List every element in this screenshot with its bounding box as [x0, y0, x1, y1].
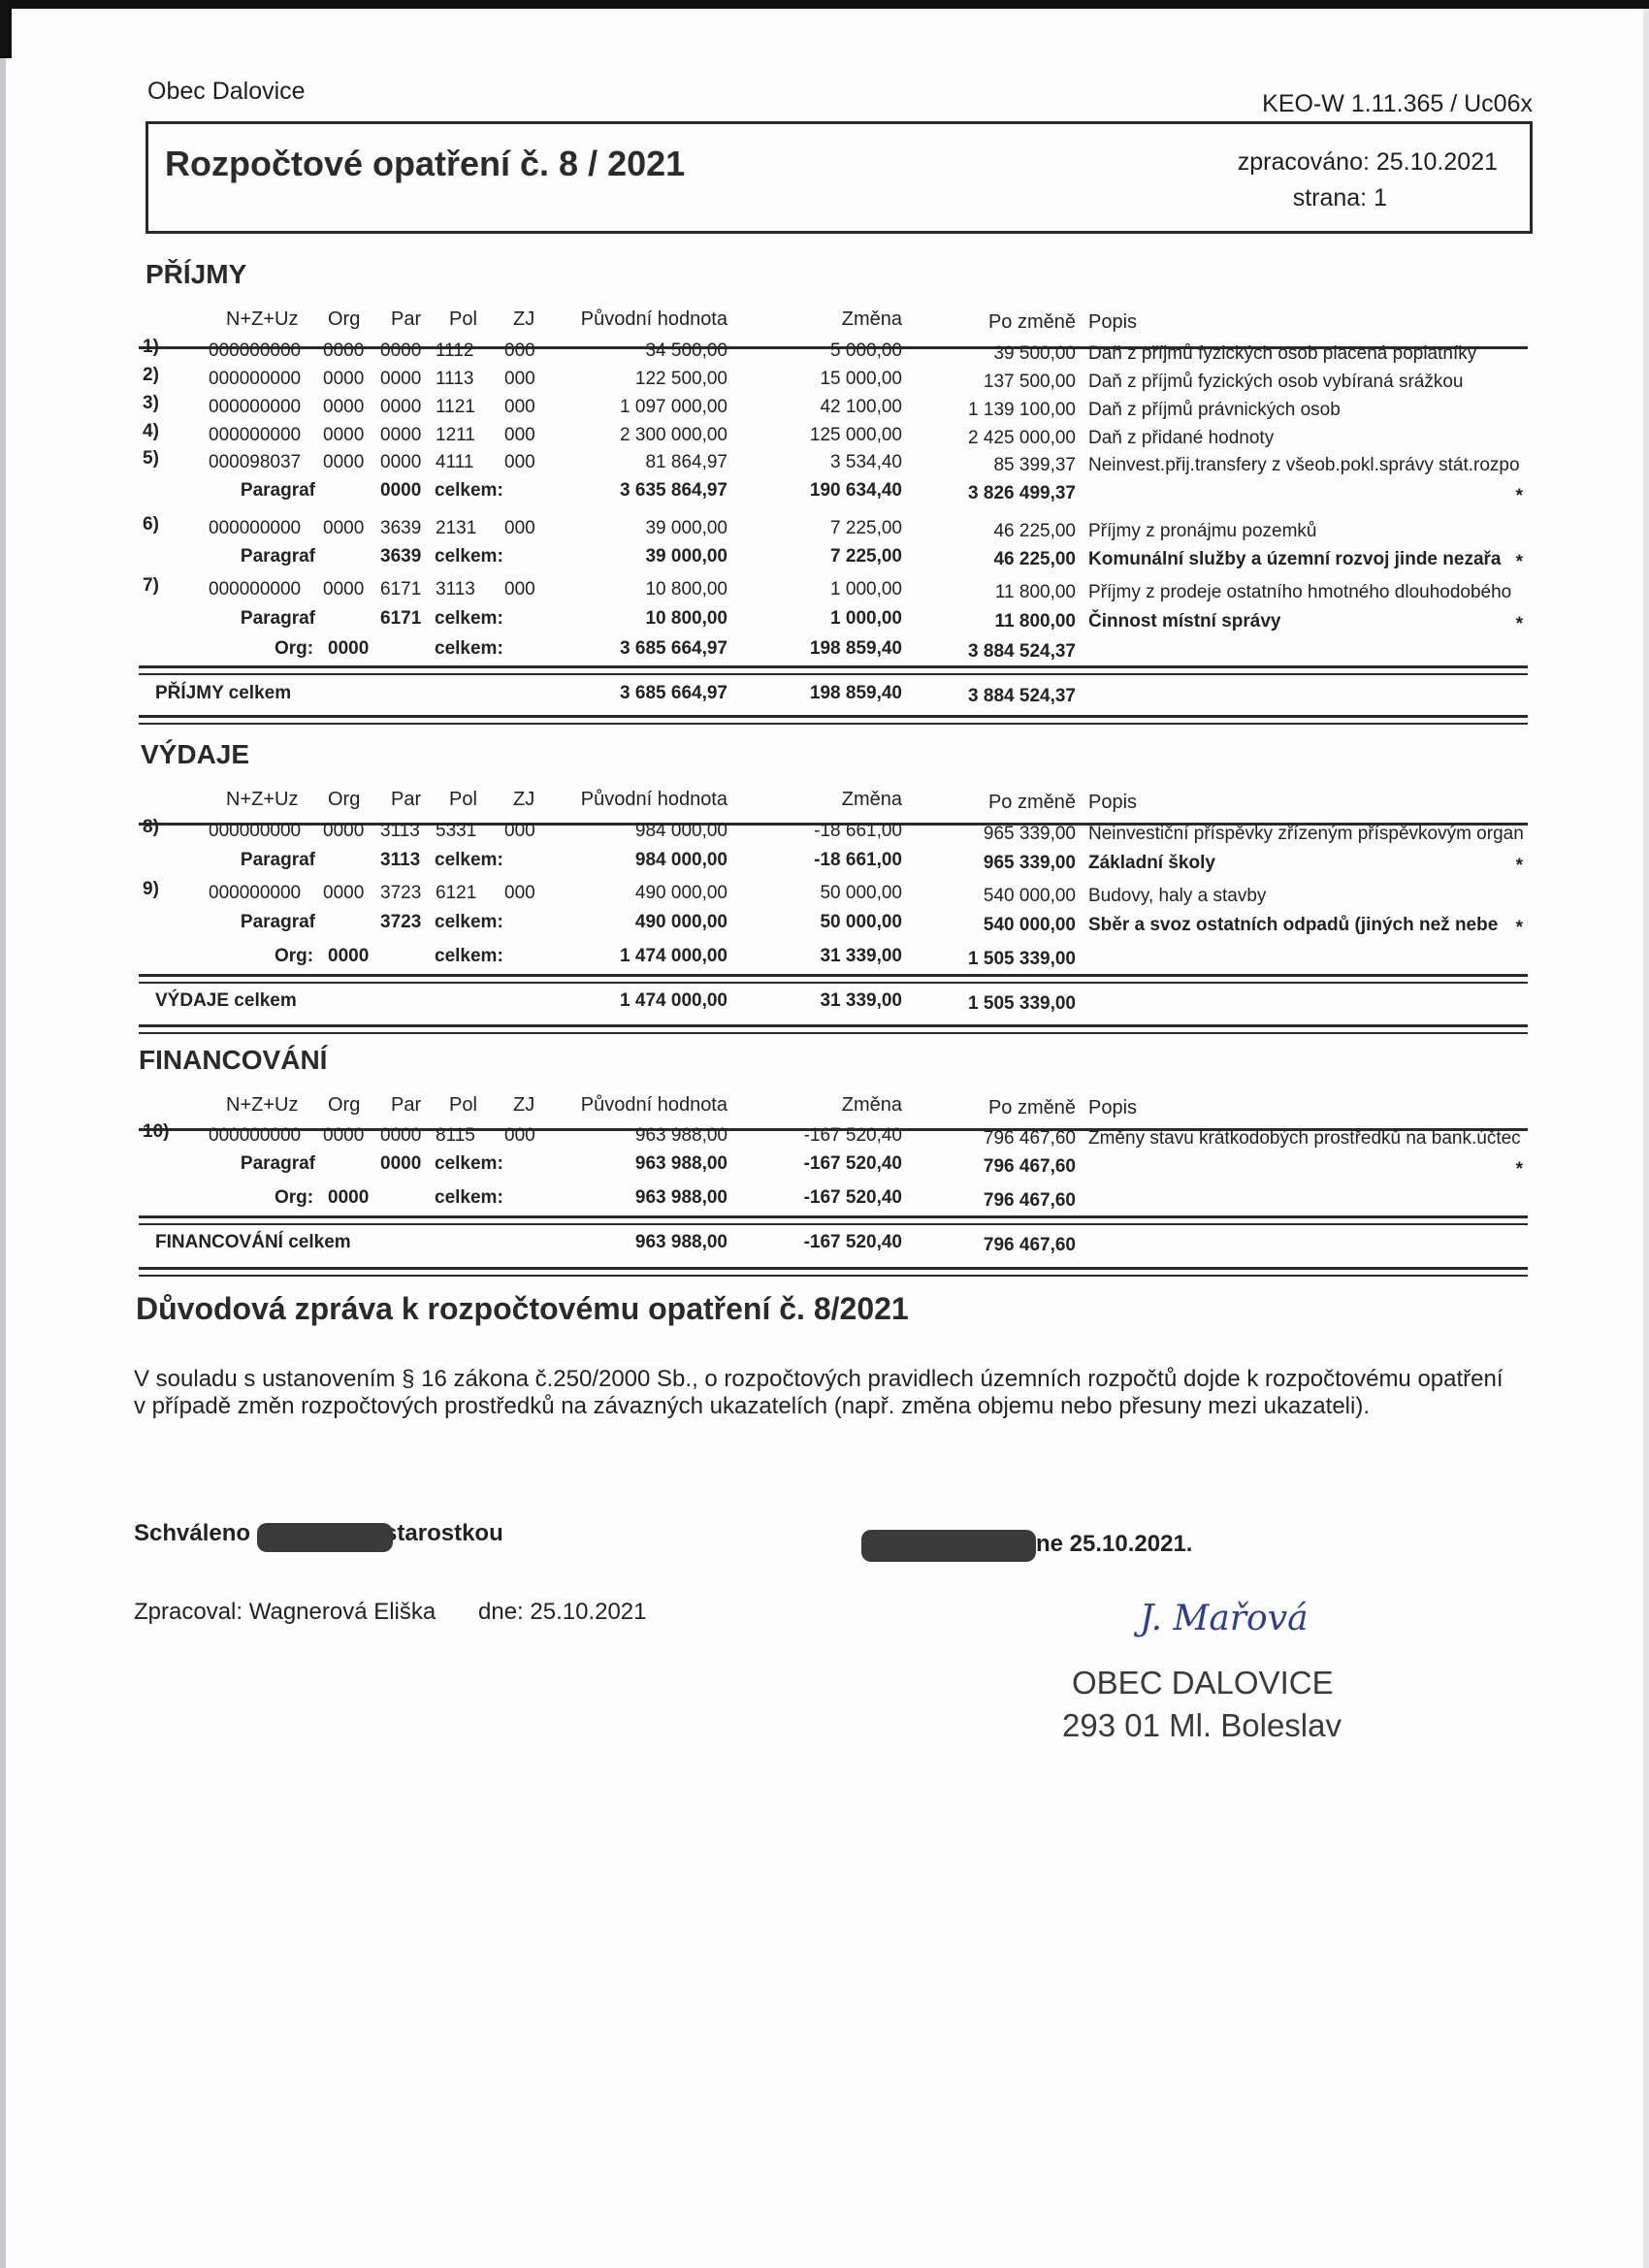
table-rule	[139, 673, 1528, 675]
org-total-label: Org:	[275, 638, 313, 660]
org-total-after: 796 467,60	[984, 1190, 1076, 1212]
row-number: 8)	[143, 817, 159, 838]
row-number: 5)	[143, 448, 159, 470]
section-total-label: PŘÍJMY celkem	[155, 683, 291, 704]
column-header-nzuz: N+Z+Uz	[226, 308, 298, 331]
paragraf-code: 6171	[380, 608, 421, 630]
cell-zj: 000	[504, 579, 535, 600]
paragraf-total-after: 11 800,00	[995, 611, 1076, 632]
row-number: 10)	[143, 1121, 169, 1143]
stamp-line-1: OBEC DALOVICE	[1072, 1665, 1334, 1701]
paragraf-celkem-label: celkem:	[435, 480, 503, 502]
cell-pol: 8115	[436, 1125, 475, 1147]
org-total-change: -167 520,40	[804, 1187, 902, 1209]
section-total-label: FINANCOVÁNÍ celkem	[155, 1232, 351, 1253]
cell-par: 0000	[380, 397, 421, 418]
scan-right-edge	[1643, 9, 1649, 2268]
cell-zj: 000	[504, 425, 535, 446]
paragraf-total-change: 50 000,00	[820, 912, 902, 933]
org-total-after: 1 505 339,00	[968, 949, 1076, 970]
cell-nzuz: 000098037	[209, 452, 301, 473]
paragraf-code: 0000	[380, 1153, 421, 1175]
cell-original: 122 500,00	[635, 369, 727, 390]
paragraf-label: Paragraf	[241, 546, 315, 567]
table-rule	[139, 1024, 1528, 1027]
section-total-label: VÝDAJE celkem	[155, 990, 297, 1012]
stamp-line-2: 293 01 Ml. Boleslav	[1062, 1707, 1342, 1744]
org-celkem-label: celkem:	[435, 1187, 503, 1209]
column-header-after: Po změně	[988, 1097, 1076, 1119]
table-rule	[139, 1275, 1528, 1277]
cell-nzuz: 000000000	[209, 397, 301, 418]
cell-original: 10 800,00	[645, 579, 727, 600]
column-header-par: Par	[391, 308, 421, 331]
paragraf-total-original: 10 800,00	[645, 608, 727, 630]
cell-change: 50 000,00	[820, 883, 902, 904]
cell-nzuz: 000000000	[209, 518, 301, 539]
row-number: 3)	[143, 393, 159, 414]
cell-pol: 4111	[436, 452, 473, 473]
row-number: 1)	[143, 337, 159, 358]
table-rule	[139, 974, 1528, 977]
column-header-after: Po změně	[988, 311, 1076, 334]
scan-corner-edge	[0, 0, 12, 58]
section-title-vydaje: VÝDAJE	[141, 739, 249, 770]
cell-org: 0000	[323, 579, 364, 600]
cell-zj: 000	[504, 340, 535, 362]
paragraf-celkem-label: celkem:	[435, 546, 503, 567]
org-celkem-label: celkem:	[435, 638, 503, 660]
cell-description: Daň z příjmů právnických osob	[1088, 400, 1341, 421]
paragraf-label: Paragraf	[241, 480, 315, 502]
org-total-change: 31 339,00	[820, 946, 902, 967]
column-header-org: Org	[328, 789, 360, 811]
paragraf-celkem-label: celkem:	[435, 912, 503, 933]
cell-change: -18 661,00	[814, 821, 902, 842]
cell-after: 46 225,00	[993, 521, 1076, 542]
org-total-change: 198 859,40	[810, 638, 902, 660]
cell-nzuz: 000000000	[209, 1125, 301, 1147]
cell-org: 0000	[323, 821, 364, 842]
cell-zj: 000	[504, 369, 535, 390]
cell-original: 963 988,00	[635, 1125, 727, 1147]
cell-description: Daň z příjmů fyzických osob placená popl…	[1088, 343, 1476, 365]
cell-description: Budovy, haly a stavby	[1088, 886, 1266, 907]
section-total-after: 3 884 524,37	[968, 686, 1076, 707]
cell-after: 11 800,00	[995, 582, 1076, 603]
column-header-pol: Pol	[449, 789, 477, 811]
row-number: 4)	[143, 421, 159, 442]
column-header-pol: Pol	[449, 308, 477, 331]
cell-change: 15 000,00	[820, 369, 902, 390]
cell-nzuz: 000000000	[209, 579, 301, 600]
row-number: 7)	[143, 575, 159, 597]
cell-after: 965 339,00	[984, 824, 1076, 845]
column-header-description: Popis	[1088, 792, 1137, 814]
column-header-zj: ZJ	[513, 789, 534, 811]
section-total-change: 31 339,00	[820, 990, 902, 1012]
cell-par: 0000	[380, 369, 421, 390]
section-total-original: 963 988,00	[635, 1232, 727, 1253]
processed-by: Zpracoval: Wagnerová Eliška	[134, 1599, 436, 1626]
column-header-original: Původní hodnota	[581, 789, 727, 811]
paragraf-code: 3639	[380, 546, 421, 567]
org-celkem-label: celkem:	[435, 946, 503, 967]
paragraf-total-description: Základní školy	[1088, 853, 1215, 874]
paragraf-total-after: 540 000,00	[984, 915, 1076, 936]
cell-org: 0000	[323, 1125, 364, 1147]
asterisk-marker: *	[1516, 918, 1523, 939]
cell-zj: 000	[504, 397, 535, 418]
column-header-par: Par	[391, 1094, 421, 1117]
cell-change: 1 000,00	[830, 579, 902, 600]
asterisk-marker: *	[1516, 1159, 1523, 1181]
section-title-financovani: FINANCOVÁNÍ	[139, 1045, 327, 1076]
paragraf-total-change: 190 634,40	[810, 480, 902, 502]
cell-pol: 3113	[436, 579, 475, 600]
asterisk-marker: *	[1516, 856, 1523, 877]
organization-name: Obec Dalovice	[147, 78, 306, 106]
org-total-label: Org:	[275, 1187, 313, 1209]
cell-nzuz: 000000000	[209, 425, 301, 446]
report-body: V souladu s ustanovením § 16 zákona č.25…	[134, 1366, 1511, 1420]
org-total-code: 0000	[328, 1187, 369, 1209]
cell-change: -167 520,40	[804, 1125, 902, 1147]
cell-pol: 1113	[436, 369, 473, 390]
cell-after: 1 139 100,00	[968, 400, 1076, 421]
cell-after: 39 500,00	[993, 343, 1076, 365]
cell-org: 0000	[323, 369, 364, 390]
cell-org: 0000	[323, 425, 364, 446]
org-total-code: 0000	[328, 638, 369, 660]
org-total-code: 0000	[328, 946, 369, 967]
org-total-original: 963 988,00	[635, 1187, 727, 1209]
cell-par: 3723	[380, 883, 421, 904]
cell-org: 0000	[323, 340, 364, 362]
cell-original: 984 000,00	[635, 821, 727, 842]
org-total-original: 3 685 664,97	[620, 638, 727, 660]
paragraf-total-description: Sběr a svoz ostatních odpadů (jiných než…	[1088, 915, 1498, 936]
row-number: 9)	[143, 879, 159, 900]
approval-date: ne 25.10.2021.	[1036, 1531, 1192, 1558]
column-header-nzuz: N+Z+Uz	[226, 789, 298, 811]
cell-nzuz: 000000000	[209, 883, 301, 904]
paragraf-total-original: 39 000,00	[645, 546, 727, 567]
cell-after: 540 000,00	[984, 886, 1076, 907]
column-header-nzuz: N+Z+Uz	[226, 1094, 298, 1117]
cell-org: 0000	[323, 397, 364, 418]
cell-after: 85 399,37	[993, 455, 1076, 476]
cell-pol: 6121	[436, 883, 476, 904]
cell-zj: 000	[504, 821, 535, 842]
cell-pol: 2131	[436, 518, 476, 539]
column-header-description: Popis	[1088, 311, 1137, 334]
document-title: Rozpočtové opatření č. 8 / 2021	[165, 144, 685, 184]
paragraf-total-change: -167 520,40	[804, 1153, 902, 1175]
section-total-after: 1 505 339,00	[968, 993, 1076, 1015]
column-header-description: Popis	[1088, 1097, 1137, 1119]
paragraf-total-original: 3 635 864,97	[620, 480, 727, 502]
redaction-mark	[257, 1523, 393, 1552]
org-total-label: Org:	[275, 946, 313, 967]
paragraf-total-change: -18 661,00	[814, 850, 902, 871]
cell-pol: 1112	[436, 340, 473, 362]
paragraf-celkem-label: celkem:	[435, 850, 503, 871]
cell-par: 6171	[380, 579, 421, 600]
cell-org: 0000	[323, 883, 364, 904]
paragraf-total-original: 490 000,00	[635, 912, 727, 933]
cell-org: 0000	[323, 452, 364, 473]
page-value: 1	[1374, 184, 1387, 211]
table-rule	[139, 723, 1528, 725]
cell-nzuz: 000000000	[209, 821, 301, 842]
paragraf-code: 3723	[380, 912, 421, 933]
paragraf-celkem-label: celkem:	[435, 1153, 503, 1175]
paragraf-label: Paragraf	[241, 608, 315, 630]
table-rule	[139, 1223, 1528, 1225]
paragraf-code: 0000	[380, 480, 421, 502]
paragraf-label: Paragraf	[241, 850, 315, 871]
scan-left-edge	[0, 58, 6, 2268]
cell-zj: 000	[504, 518, 535, 539]
cell-original: 39 000,00	[645, 518, 727, 539]
cell-par: 0000	[380, 425, 421, 446]
row-number: 6)	[143, 514, 159, 535]
table-rule	[139, 1267, 1528, 1270]
cell-description: Změny stavu krátkodobých prostředků na b…	[1088, 1128, 1521, 1150]
paragraf-total-description: Činnost místní správy	[1088, 611, 1281, 632]
section-total-change: -167 520,40	[804, 1232, 902, 1253]
processed-label: zpracováno:	[1238, 148, 1370, 176]
table-rule	[139, 715, 1528, 718]
approved-suffix: starostkou	[384, 1520, 503, 1546]
column-header-par: Par	[391, 789, 421, 811]
cell-pol: 1121	[436, 397, 475, 418]
approved-prefix: Schváleno	[134, 1520, 250, 1546]
section-total-original: 1 474 000,00	[620, 990, 727, 1012]
row-number: 2)	[143, 365, 159, 386]
cell-after: 2 425 000,00	[968, 428, 1076, 449]
cell-description: Neinvest.přij.transfery z všeob.pokl.spr…	[1088, 455, 1520, 476]
asterisk-marker: *	[1516, 614, 1523, 635]
paragraf-total-original: 984 000,00	[635, 850, 727, 871]
asterisk-marker: *	[1516, 552, 1523, 573]
processed-on: dne: 25.10.2021	[478, 1599, 647, 1626]
table-rule	[139, 665, 1528, 668]
column-header-original: Původní hodnota	[581, 308, 727, 331]
paragraf-label: Paragraf	[241, 1153, 315, 1175]
cell-description: Daň z přidané hodnoty	[1088, 428, 1274, 449]
cell-par: 0000	[380, 1125, 421, 1147]
table-rule	[139, 982, 1528, 984]
paragraf-total-after: 965 339,00	[984, 853, 1076, 874]
cell-description: Příjmy z pronájmu pozemků	[1088, 521, 1316, 542]
paragraf-code: 3113	[380, 850, 420, 871]
processed-date: zpracováno: 25.10.2021	[1238, 148, 1498, 177]
cell-par: 3113	[380, 821, 420, 842]
column-header-original: Původní hodnota	[581, 1094, 727, 1117]
cell-zj: 000	[504, 452, 535, 473]
cell-original: 490 000,00	[635, 883, 727, 904]
cell-after: 796 467,60	[984, 1128, 1076, 1150]
asterisk-marker: *	[1516, 486, 1523, 507]
cell-par: 0000	[380, 452, 421, 473]
column-header-org: Org	[328, 308, 360, 331]
paragraf-total-change: 1 000,00	[830, 608, 902, 630]
cell-change: 42 100,00	[820, 397, 902, 418]
paragraf-total-after: 3 826 499,37	[968, 483, 1076, 504]
paragraf-total-change: 7 225,00	[830, 546, 902, 567]
processed-value: 25.10.2021	[1376, 148, 1498, 176]
cell-nzuz: 000000000	[209, 340, 301, 362]
column-header-change: Změna	[842, 308, 902, 331]
cell-description: Neinvestiční příspěvky zřízeným příspěvk…	[1088, 824, 1524, 845]
section-total-after: 796 467,60	[984, 1235, 1076, 1256]
cell-change: 3 534,40	[830, 452, 902, 473]
column-header-after: Po změně	[988, 792, 1076, 814]
redaction-mark	[861, 1530, 1036, 1562]
report-heading: Důvodová zpráva k rozpočtovému opatření …	[136, 1291, 909, 1327]
paragraf-total-after: 46 225,00	[993, 549, 1076, 570]
cell-org: 0000	[323, 518, 364, 539]
cell-change: 125 000,00	[810, 425, 902, 446]
cell-pol: 1211	[436, 425, 475, 446]
cell-description: Daň z příjmů fyzických osob vybíraná srá…	[1088, 372, 1464, 393]
cell-par: 0000	[380, 340, 421, 362]
section-title-prijmy: PŘÍJMY	[145, 259, 246, 290]
paragraf-total-after: 796 467,60	[984, 1156, 1076, 1178]
scan-top-edge	[0, 0, 1649, 9]
paragraf-celkem-label: celkem:	[435, 608, 503, 630]
system-version: KEO-W 1.11.365 / Uc06x	[1262, 90, 1533, 118]
column-header-zj: ZJ	[513, 308, 534, 331]
cell-after: 137 500,00	[984, 372, 1076, 393]
cell-pol: 5331	[436, 821, 476, 842]
cell-zj: 000	[504, 883, 535, 904]
cell-change: 7 225,00	[830, 518, 902, 539]
cell-original: 1 097 000,00	[620, 397, 727, 418]
cell-original: 34 500,00	[645, 340, 727, 362]
paragraf-total-original: 963 988,00	[635, 1153, 727, 1175]
column-header-zj: ZJ	[513, 1094, 534, 1117]
column-header-change: Změna	[842, 789, 902, 811]
section-total-original: 3 685 664,97	[620, 683, 727, 704]
cell-original: 2 300 000,00	[620, 425, 727, 446]
paragraf-label: Paragraf	[241, 912, 315, 933]
cell-change: 5 000,00	[830, 340, 902, 362]
cell-nzuz: 000000000	[209, 369, 301, 390]
page-label: strana:	[1293, 184, 1367, 211]
cell-description: Příjmy z prodeje ostatního hmotného dlou…	[1088, 582, 1511, 603]
section-total-change: 198 859,40	[810, 683, 902, 704]
org-total-after: 3 884 524,37	[968, 641, 1076, 663]
cell-par: 3639	[380, 518, 421, 539]
column-header-change: Změna	[842, 1094, 902, 1117]
column-header-org: Org	[328, 1094, 360, 1117]
page-number: strana: 1	[1293, 184, 1387, 212]
cell-original: 81 864,97	[645, 452, 727, 473]
table-rule	[139, 1032, 1528, 1034]
paragraf-total-description: Komunální služby a územní rozvoj jinde n…	[1088, 549, 1501, 570]
org-total-original: 1 474 000,00	[620, 946, 727, 967]
handwritten-signature: J. Mařová	[1140, 1599, 1309, 1638]
table-rule	[139, 1215, 1528, 1218]
cell-zj: 000	[504, 1125, 535, 1147]
column-header-pol: Pol	[449, 1094, 477, 1117]
